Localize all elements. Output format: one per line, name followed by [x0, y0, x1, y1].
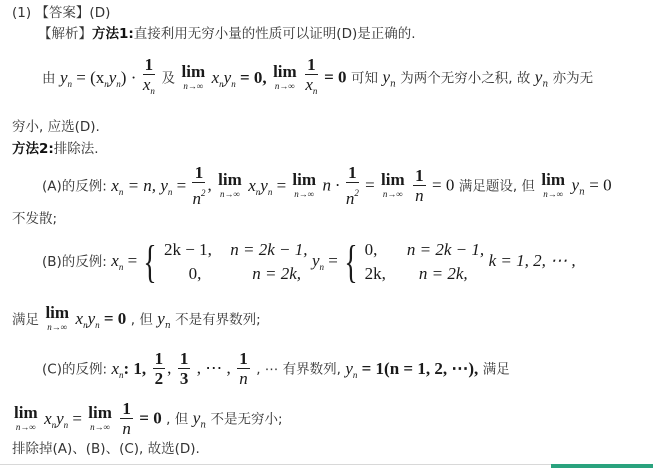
limit: limn→∞ [292, 173, 316, 201]
lim-under: n→∞ [273, 79, 297, 93]
case-a-cont: 不发散; [12, 210, 57, 228]
eq: = 0 [432, 176, 454, 195]
answer-label: 【答案】 [35, 5, 89, 21]
denominator: 2 [153, 369, 166, 389]
sub-n: n [313, 86, 318, 96]
lim-under: n→∞ [88, 420, 112, 434]
var-y: y [382, 68, 390, 87]
method2-text: 排除法. [54, 141, 99, 157]
var-y: y [571, 176, 579, 195]
fraction: 1n [120, 400, 133, 439]
text: 可知 [351, 71, 378, 87]
denominator: n [237, 369, 250, 389]
left-brace: { [144, 239, 157, 285]
var-x: x [111, 176, 119, 195]
exponent: 2 [201, 188, 206, 198]
text: 满足 [483, 362, 510, 378]
lim-under: n→∞ [218, 187, 242, 201]
var-y: y [88, 309, 96, 328]
var-x: x [111, 251, 119, 270]
denominator: n [192, 189, 201, 208]
sub-n: n [64, 420, 69, 430]
analysis-line: 【解析】方法1:直接利用无穷小量的性质可以证明(D)是正确的. [38, 25, 416, 43]
case-condition: n = 2k, [230, 264, 301, 283]
numerator: 1 [120, 400, 133, 419]
lim-under: n→∞ [182, 79, 206, 93]
lim-under: n→∞ [381, 187, 405, 201]
sub-n: n [579, 188, 585, 198]
fraction: 1xn [143, 56, 156, 101]
lim-word: lim [218, 173, 242, 187]
sub-n: n [150, 86, 155, 96]
method2-label: 方法2: [12, 141, 54, 157]
text: , 但 [131, 312, 153, 328]
numerator: 1 [178, 350, 191, 369]
numerator: 1 [192, 164, 205, 183]
case-b-conclusion: 满足 limn→∞ xnyn = 0 , 但 yn 不是有界数列; [12, 306, 261, 335]
var-y: y [157, 309, 165, 328]
seq-start: : 1, [124, 359, 147, 378]
lim-word: lim [45, 306, 69, 320]
numerator: 1 [153, 350, 166, 369]
case-value: 0, [164, 262, 226, 286]
method1-text: 直接利用无穷小量的性质可以证明(D)是正确的. [134, 26, 416, 42]
sub-n: n [165, 321, 171, 331]
text: 满足题设, 但 [459, 179, 535, 195]
fraction: 1n [237, 350, 250, 389]
method1-label: 方法1: [92, 26, 134, 42]
denominator: x [305, 75, 313, 94]
lim-under: n→∞ [292, 187, 316, 201]
limit: limn→∞ [273, 65, 297, 93]
numerator: 1 [305, 56, 318, 75]
case-b-label: (B)的反例: [42, 254, 107, 270]
case-value: 2k − 1, [164, 238, 226, 262]
text-and: 及 [162, 71, 176, 87]
numerator: 1 [237, 350, 250, 369]
var-x: x [44, 409, 52, 428]
lim-under: n→∞ [45, 320, 69, 334]
lim-under: n→∞ [14, 420, 38, 434]
fraction: 1n2 [346, 164, 359, 209]
answer-line: (1) 【答案】(D) [12, 4, 110, 22]
var-x: x [212, 68, 220, 87]
fraction: 13 [178, 350, 191, 389]
lim-word: lim [292, 173, 316, 187]
sub-n: n [200, 421, 206, 431]
method1-formula: 由 yn = (xnyn) · 1xn 及 limn→∞ xnyn = 0, l… [42, 56, 593, 101]
lim-word: lim [381, 173, 405, 187]
var-y: y [56, 409, 64, 428]
fraction: 1n [413, 167, 426, 206]
fraction: 1n2 [192, 164, 205, 209]
text: , 但 [166, 412, 188, 428]
fraction: 12 [153, 350, 166, 389]
sub-n: n [390, 80, 396, 90]
n-dot: n · [322, 176, 339, 195]
var-y: y [60, 68, 68, 87]
sub-n: n [119, 262, 124, 272]
eq: = n, [123, 176, 160, 195]
method2-line: 方法2:排除法. [12, 140, 99, 158]
ellipsis: , ⋯ , [197, 359, 231, 378]
denominator: 3 [178, 369, 191, 389]
text: , ⋯ 有界数列, [256, 362, 341, 378]
limit: limn→∞ [218, 173, 242, 201]
left-brace: { [344, 239, 357, 285]
var-x: x [248, 176, 256, 195]
analysis-label: 【解析】 [38, 26, 92, 42]
part-number: (1) [12, 5, 31, 21]
lim-under: n→∞ [541, 187, 565, 201]
eq: = 0, [236, 68, 267, 87]
limit: limn→∞ [541, 173, 565, 201]
case-c-conclusion: limn→∞ xnyn = limn→∞ 1n = 0 , 但 yn 不是无穷小… [12, 400, 283, 439]
text: 不是无穷小; [211, 412, 283, 428]
numerator: 1 [346, 164, 359, 183]
method1-end: 穷小, 应选(D). [12, 118, 100, 136]
numerator: 1 [143, 56, 156, 75]
exponent: 2 [354, 188, 359, 198]
lim-word: lim [541, 173, 565, 187]
limit: limn→∞ [14, 406, 38, 434]
fraction: 1xn [305, 56, 318, 101]
limit: limn→∞ [182, 65, 206, 93]
case-c-label: (C)的反例: [42, 362, 107, 378]
case-a-label: (A)的反例: [42, 179, 107, 195]
var-y: y [345, 359, 353, 378]
case-condition: n = 2k, [407, 264, 468, 283]
limit: limn→∞ [88, 406, 112, 434]
eq: = 0 [139, 409, 161, 428]
case-a-formula: (A)的反例: xn = n, yn = 1n2, limn→∞ xnyn = … [42, 164, 612, 209]
var-y: y [260, 176, 268, 195]
lim-word: lim [273, 65, 297, 79]
final-conclusion: 排除掉(A)、(B)、(C), 故选(D). [12, 440, 200, 458]
eq: ) · [121, 68, 141, 87]
var-x: x [111, 359, 119, 378]
denominator: n [413, 186, 426, 206]
eq: = 0 [100, 309, 127, 328]
lim-word: lim [182, 65, 206, 79]
var-y: y [160, 176, 168, 195]
case-c-formula: (C)的反例: xn: 1, 12, 13 , ⋯ , 1n , ⋯ 有界数列,… [42, 350, 510, 389]
text: 为两个无穷小之积, 故 [400, 71, 530, 87]
k-range: k = 1, 2, ⋯ , [489, 251, 576, 270]
case-value: 2k, [365, 262, 403, 286]
sub-n: n [268, 187, 273, 197]
var-x: x [76, 309, 84, 328]
lim-word: lim [88, 406, 112, 420]
limit: limn→∞ [381, 173, 405, 201]
answer-value: (D) [89, 5, 110, 21]
text-lead: 由 [42, 71, 56, 87]
y-cases: 0, n = 2k − 1, 2k, n = 2k, [365, 238, 485, 286]
case-condition: n = 2k − 1, [407, 240, 484, 259]
accent-bar [551, 464, 653, 468]
case-b-formula: (B)的反例: xn = { 2k − 1, n = 2k − 1, 0, n … [42, 238, 576, 286]
numerator: 1 [413, 167, 426, 186]
x-cases: 2k − 1, n = 2k − 1, 0, n = 2k, [164, 238, 308, 286]
text: 亦为无 [553, 71, 594, 87]
limit: limn→∞ [45, 306, 69, 334]
case-value: 0, [365, 238, 403, 262]
text: 不是有界数列; [175, 312, 261, 328]
y-value: = 1(n = 1, 2, ⋯), [357, 359, 478, 378]
sub-n: n [542, 80, 548, 90]
eq: = 0 [324, 68, 346, 87]
eq: = 0 [589, 176, 611, 195]
denominator: n [120, 419, 133, 439]
eq: = (x [72, 68, 104, 87]
lim-word: lim [14, 406, 38, 420]
case-condition: n = 2k − 1, [230, 240, 307, 259]
eq: = [172, 176, 190, 195]
text: 满足 [12, 312, 39, 328]
sub-n: n [319, 262, 324, 272]
